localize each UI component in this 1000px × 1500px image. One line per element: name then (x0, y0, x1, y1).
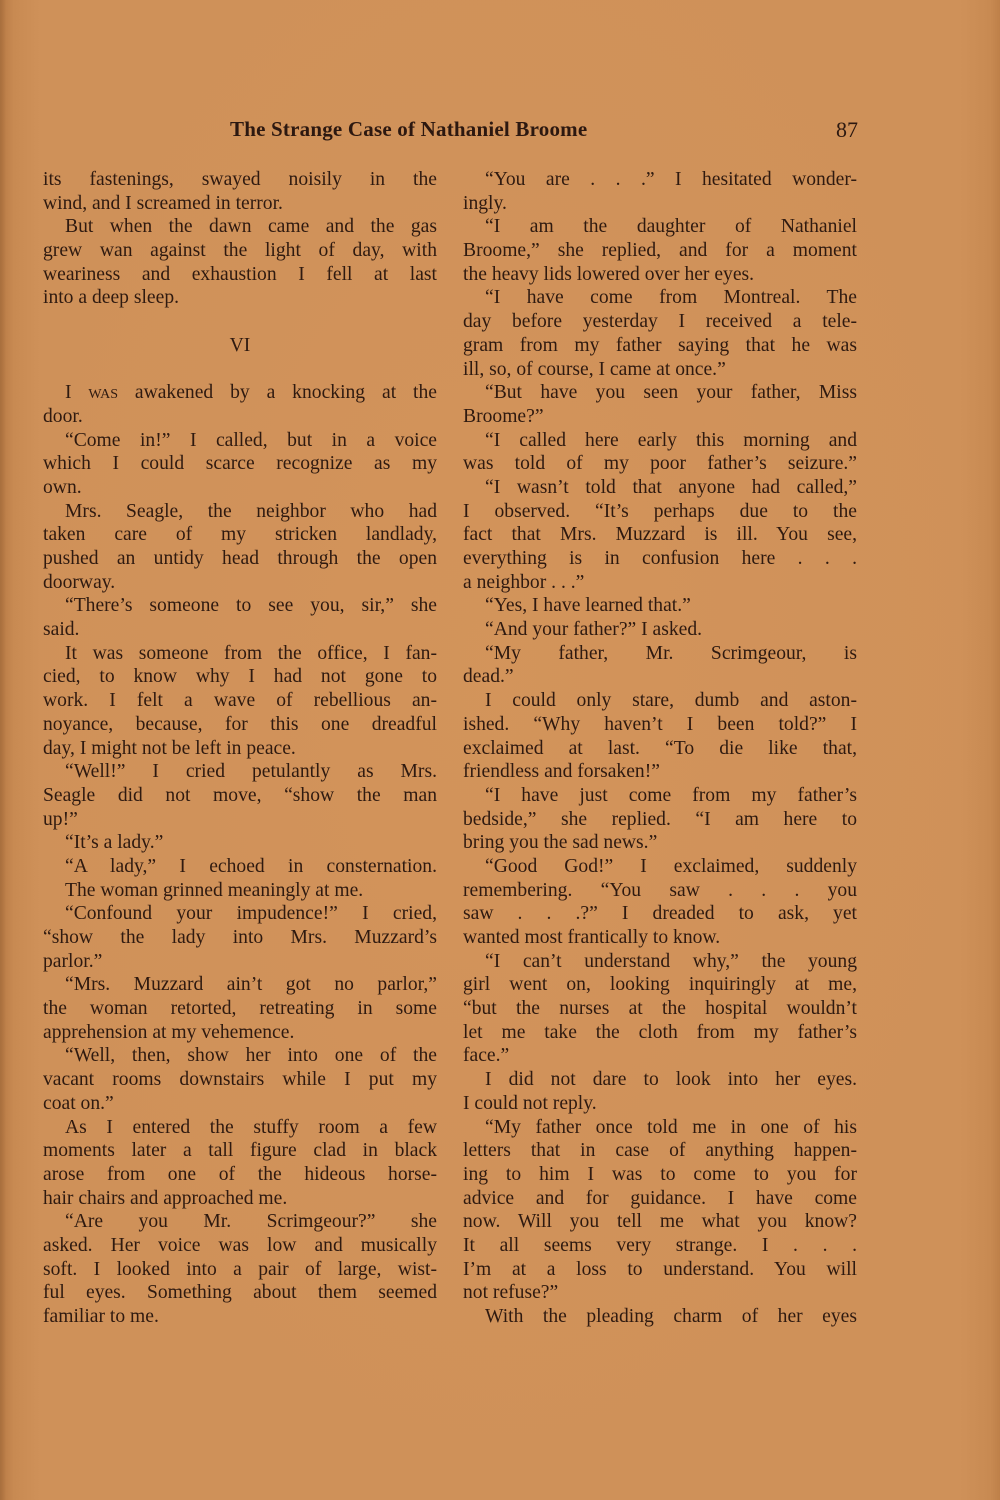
text-line: “It’s a lady.” (43, 831, 437, 855)
text-line: advice and for guidance. I have come (463, 1187, 857, 1211)
text-line: friendless and forsaken!” (463, 760, 857, 784)
page-spine-edge (0, 0, 6, 1500)
text-line: fact that Mrs. Muzzard is ill. You see, (463, 523, 857, 547)
text-line: “I wasn’t told that anyone had called,” (463, 476, 857, 500)
text-line: day before yesterday I received a tele- (463, 310, 857, 334)
text-line: vacant rooms downstairs while I put my (43, 1068, 437, 1092)
text-line: everything is in confusion here . . . (463, 547, 857, 571)
text-line: ful eyes. Something about them seemed (43, 1281, 437, 1305)
text-line: moments later a tall figure clad in blac… (43, 1139, 437, 1163)
text-line: “I have come from Montreal. The (463, 286, 857, 310)
text-line: I could only stare, dumb and aston- (463, 689, 857, 713)
text-line: Seagle did not move, “show the man (43, 784, 437, 808)
text-line: wanted most frantically to know. (463, 926, 857, 950)
text-line: “A lady,” I echoed in consternation. (43, 855, 437, 879)
small-caps-word: was (88, 382, 118, 403)
text-line: now. Will you tell me what you know? (463, 1210, 857, 1234)
text-line: door. (43, 405, 437, 429)
text-line: up!” (43, 808, 437, 832)
text-line: “but the nurses at the hospital wouldn’t (463, 997, 857, 1021)
text-line: “And your father?” I asked. (463, 618, 857, 642)
text-line: I was awakened by a knocking at the (43, 381, 437, 405)
text-line: bedside,” she replied. “I am here to (463, 808, 857, 832)
text-line: weariness and exhaustion I fell at last (43, 263, 437, 287)
text-line: doorway. (43, 571, 437, 595)
text-line: coat on.” (43, 1092, 437, 1116)
text-line: its fastenings, swayed noisily in the (43, 168, 437, 192)
text-line: ing to him I was to come to you for (463, 1163, 857, 1187)
text-line: “Come in!” I called, but in a voice (43, 429, 437, 453)
text-line: wind, and I screamed in terror. (43, 192, 437, 216)
text-line: remembering. “You saw . . . you (463, 879, 857, 903)
text-line: not refuse?” (463, 1281, 857, 1305)
right-text-column: “You are . . .” I hesitated wonder-ingly… (463, 168, 857, 1329)
text-line: “My father, Mr. Scrimgeour, is (463, 642, 857, 666)
text-line: ished. “Why haven’t I been told?” I (463, 713, 857, 737)
text-line: pushed an untidy head through the open (43, 547, 437, 571)
text-line: “Are you Mr. Scrimgeour?” she (43, 1210, 437, 1234)
text-line: a neighbor . . .” (463, 571, 857, 595)
text-line: It was someone from the office, I fan- (43, 642, 437, 666)
text-line: “I can’t understand why,” the young (463, 950, 857, 974)
text-line: taken care of my stricken landlady, (43, 523, 437, 547)
text-line: exclaimed at last. “To die like that, (463, 737, 857, 761)
text-line: I could not reply. (463, 1092, 857, 1116)
text-line: let me take the cloth from my father’s (463, 1021, 857, 1045)
text-line: As I entered the stuffy room a few (43, 1116, 437, 1140)
text-line: saw . . .?” I dreaded to ask, yet (463, 902, 857, 926)
blank-line (43, 310, 437, 334)
running-title: The Strange Case of Nathaniel Broome (230, 117, 587, 142)
text-line: “Good God!” I exclaimed, suddenly (463, 855, 857, 879)
text-line: was told of my poor father’s seizure.” (463, 452, 857, 476)
text-line: which I could scarce recognize as my (43, 452, 437, 476)
text-line: gram from my father saying that he was (463, 334, 857, 358)
text-line: hair chairs and approached me. (43, 1187, 437, 1211)
left-text-column: its fastenings, swayed noisily in thewin… (43, 168, 437, 1329)
text-line: apprehension at my vehemence. (43, 1021, 437, 1045)
text-line: Broome,” she replied, and for a moment (463, 239, 857, 263)
text-line: dead.” (463, 665, 857, 689)
book-page: The Strange Case of Nathaniel Broome 87 … (0, 0, 1000, 1500)
text-line: into a deep sleep. (43, 286, 437, 310)
text-line: arose from one of the hideous horse- (43, 1163, 437, 1187)
blank-line (43, 358, 437, 382)
text-line: Broome?” (463, 405, 857, 429)
text-line: But when the dawn came and the gas (43, 215, 437, 239)
text-line: asked. Her voice was low and musically (43, 1234, 437, 1258)
text-line: “My father once told me in one of his (463, 1116, 857, 1140)
text-line: It all seems very strange. I . . . (463, 1234, 857, 1258)
text-line: I’m at a loss to understand. You will (463, 1258, 857, 1282)
text-line: “But have you seen your father, Miss (463, 381, 857, 405)
text-line: face.” (463, 1044, 857, 1068)
text-line: letters that in case of anything happen- (463, 1139, 857, 1163)
text-line: “I have just come from my father’s (463, 784, 857, 808)
text-line: “Well!” I cried petulantly as Mrs. (43, 760, 437, 784)
text-line: noyance, because, for this one dreadful (43, 713, 437, 737)
running-header: The Strange Case of Nathaniel Broome 87 (230, 117, 858, 147)
text-line: own. (43, 476, 437, 500)
text-line: Mrs. Seagle, the neighbor who had (43, 500, 437, 524)
text-line: the heavy lids lowered over her eyes. (463, 263, 857, 287)
text-line: I observed. “It’s perhaps due to the (463, 500, 857, 524)
text-line: “show the lady into Mrs. Muzzard’s (43, 926, 437, 950)
text-line: grew wan against the light of day, with (43, 239, 437, 263)
text-line: ill, so, of course, I came at once.” (463, 358, 857, 382)
text-line: I did not dare to look into her eyes. (463, 1068, 857, 1092)
text-line: “Confound your impudence!” I cried, (43, 902, 437, 926)
text-line: cied, to know why I had not gone to (43, 665, 437, 689)
text-line: “I called here early this morning and (463, 429, 857, 453)
text-line: the woman retorted, retreating in some (43, 997, 437, 1021)
text-line: girl went on, looking inquiringly at me, (463, 973, 857, 997)
text-line: “Mrs. Muzzard ain’t got no parlor,” (43, 973, 437, 997)
text-line: soft. I looked into a pair of large, wis… (43, 1258, 437, 1282)
text-line: “Well, then, show her into one of the (43, 1044, 437, 1068)
text-line: bring you the sad news.” (463, 831, 857, 855)
text-line: ingly. (463, 192, 857, 216)
text-line: “You are . . .” I hesitated wonder- (463, 168, 857, 192)
text-line: day, I might not be left in peace. (43, 737, 437, 761)
text-line: The woman grinned meaningly at me. (43, 879, 437, 903)
text-line: familiar to me. (43, 1305, 437, 1329)
page-number: 87 (836, 117, 858, 143)
text-line: work. I felt a wave of rebellious an- (43, 689, 437, 713)
chapter-heading: VI (43, 334, 437, 358)
text-line: “I am the daughter of Nathaniel (463, 215, 857, 239)
text-line: said. (43, 618, 437, 642)
text-line: parlor.” (43, 950, 437, 974)
text-line: “There’s someone to see you, sir,” she (43, 594, 437, 618)
text-line: “Yes, I have learned that.” (463, 594, 857, 618)
text-line: With the pleading charm of her eyes (463, 1305, 857, 1329)
